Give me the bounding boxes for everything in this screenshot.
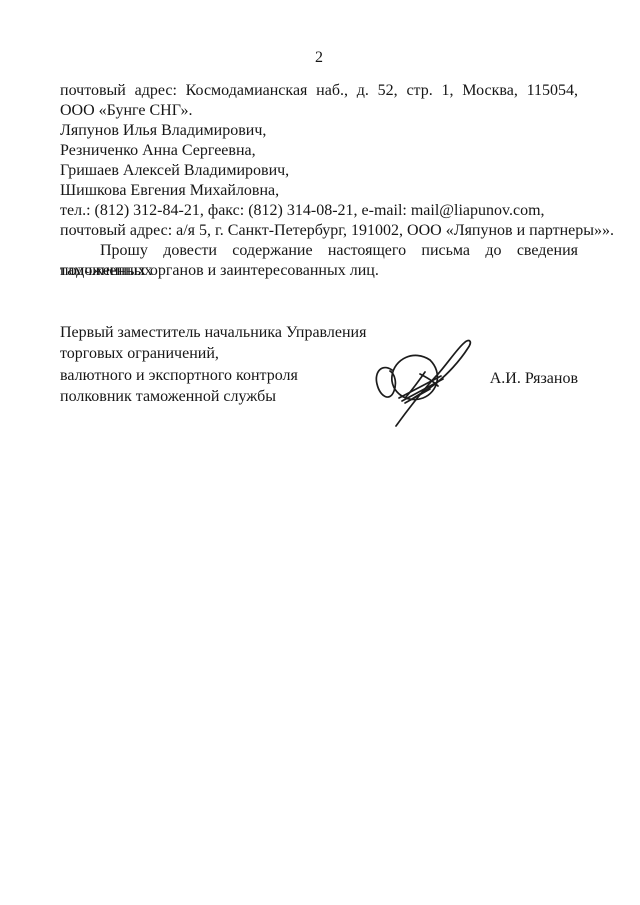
contact-line: Шишкова Евгения Михайловна, <box>60 181 578 201</box>
signature-position-line: торговых ограничений, <box>60 343 400 364</box>
contact-line: Резниченко Анна Сергеевна, <box>60 141 578 161</box>
signer-name: А.И. Рязанов <box>490 369 578 389</box>
request-line-2: таможенных органов и заинтересованных ли… <box>60 261 578 281</box>
page-number: 2 <box>60 48 578 68</box>
contact-line: Гришаев Алексей Владимирович, <box>60 161 578 181</box>
address-line-1: почтовый адрес: Космодамианская наб., д.… <box>60 81 578 101</box>
request-line-1: Прошу довести содержание настоящего пись… <box>60 241 578 261</box>
document-page: 2 почтовый адрес: Космодамианская наб., … <box>0 0 640 905</box>
handwritten-signature-icon <box>368 330 474 430</box>
contact-line: Ляпунов Илья Владимирович, <box>60 121 578 141</box>
signature-position-line: полковник таможенной службы <box>60 386 400 407</box>
contact-line-postal: почтовый адрес: а/я 5, г. Санкт-Петербур… <box>60 221 578 241</box>
signature-position-block: Первый заместитель начальника Управления… <box>60 322 400 408</box>
contact-line-phone: тел.: (812) 312-84-21, факс: (812) 314-0… <box>60 201 578 221</box>
signature-position-line: Первый заместитель начальника Управления <box>60 322 400 343</box>
body-text: почтовый адрес: Космодамианская наб., д.… <box>60 81 578 281</box>
address-line-2: ООО «Бунге СНГ». <box>60 101 578 121</box>
signature-position-line: валютного и экспортного контроля <box>60 365 400 386</box>
